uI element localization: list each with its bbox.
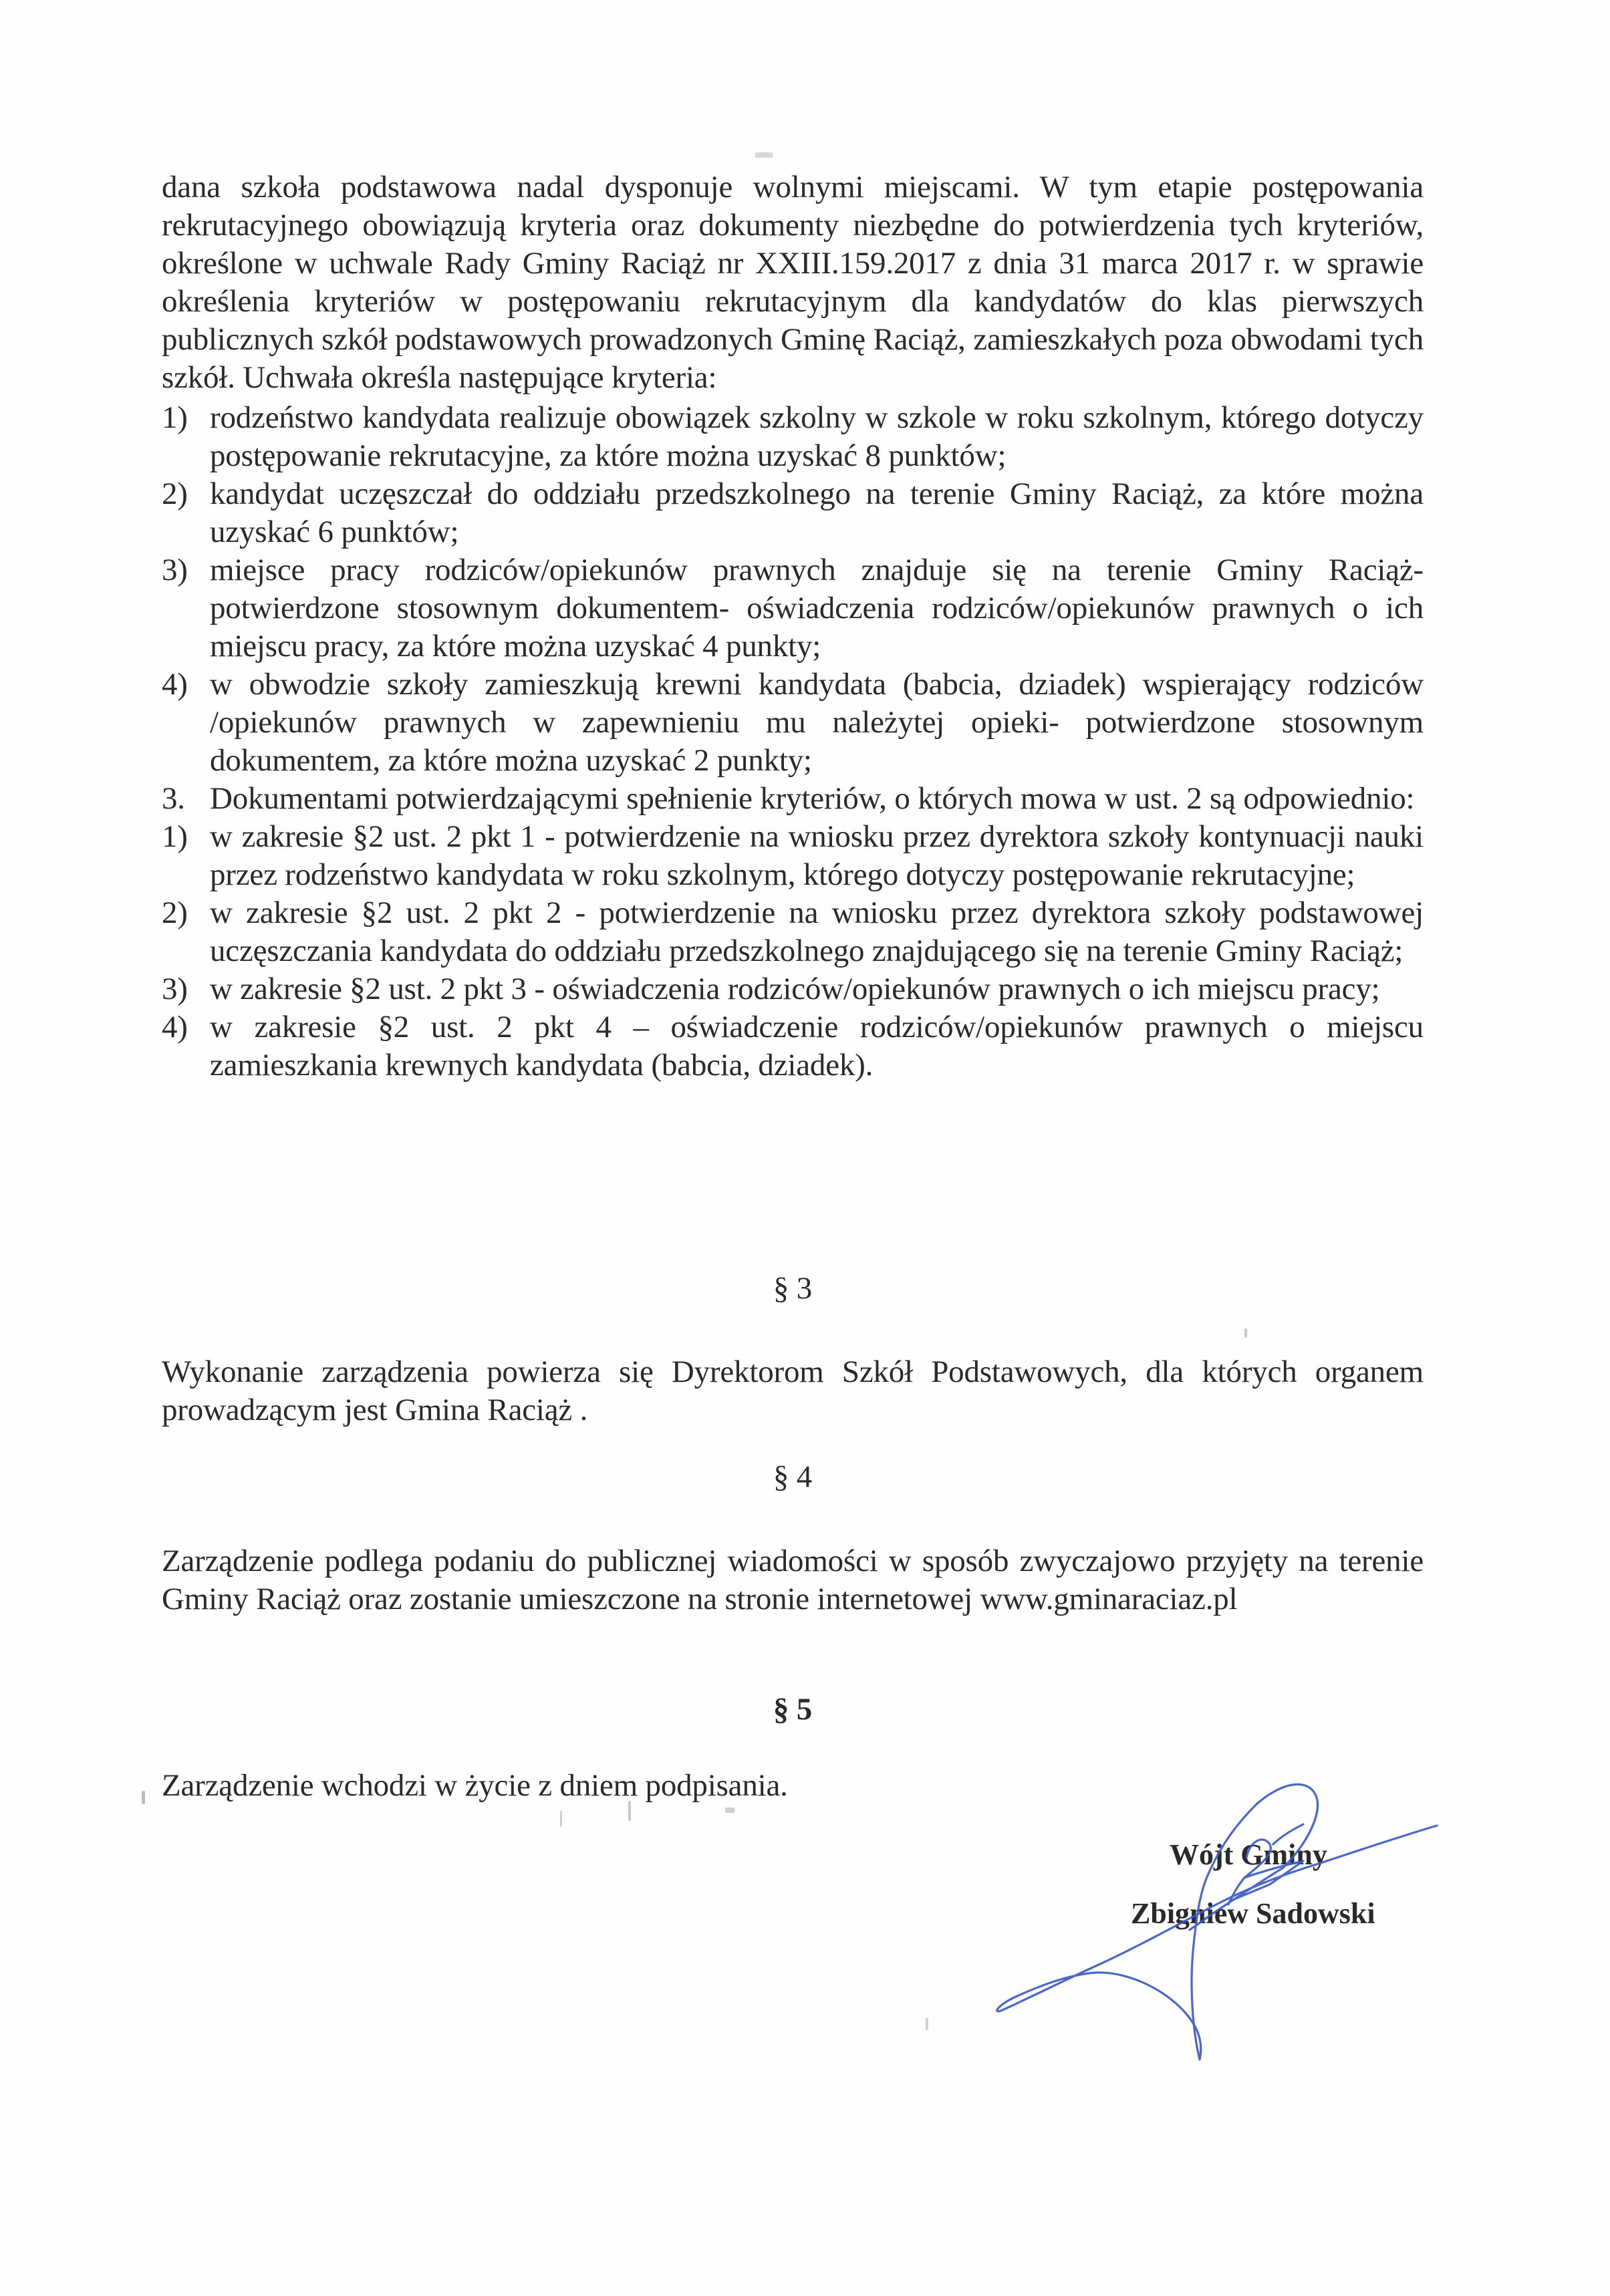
document-item: 2) w zakresie §2 ust. 2 pkt 2 - potwierd… [162,894,1424,970]
document-number: 3) [162,970,188,1008]
intro-paragraph: dana szkoła podstawowa nadal dysponuje w… [162,168,1424,397]
criterion-item: 4) w obwodzie szkoły zamieszkują krewni … [162,666,1424,780]
criterion-number: 2) [162,475,188,513]
section-text: Zarządzenie podlega podaniu do publiczne… [162,1542,1424,1618]
section-mark: § 3 [162,1270,1424,1308]
document-text: w zakresie §2 ust. 2 pkt 4 – oświadczeni… [210,1010,1424,1083]
section-mark: § 5 [162,1691,1424,1729]
document-page: dana szkoła podstawowa nadal dysponuje w… [0,0,1610,2296]
section-5: § 5 Zarządzenie wchodzi w życie z dniem … [162,1691,1424,1811]
intro-block: dana szkoła podstawowa nadal dysponuje w… [162,168,1424,397]
criteria-list: 1) rodzeństwo kandydata realizuje obowią… [162,399,1424,1085]
section-text: Zarządzenie wchodzi w życie z dniem podp… [162,1767,1424,1805]
section-text: Wykonanie zarządzenia powierza się Dyrek… [162,1353,1424,1429]
criterion-number: 1) [162,399,188,437]
scan-artifact [560,1811,562,1827]
document-item: 1) w zakresie §2 ust. 2 pkt 1 - potwierd… [162,818,1424,894]
document-number: 4) [162,1008,188,1046]
criterion-text: rodzeństwo kandydata realizuje obowiązek… [210,400,1424,473]
point-text: Dokumentami potwierdzającymi spełnienie … [210,781,1414,816]
scan-artifact [755,152,773,158]
section-4: § 4 Zarządzenie podlega podaniu do publi… [162,1458,1424,1659]
document-number: 1) [162,818,188,856]
scan-artifact [926,2018,928,2030]
criterion-number: 3) [162,551,188,589]
point-number: 3. [162,780,185,818]
signatory-name: Zbigniew Sadowski [1131,1896,1375,1930]
criterion-text: kandydat uczęszczał do oddziału przedszk… [210,476,1424,549]
document-item: 4) w zakresie §2 ust. 2 pkt 4 – oświadcz… [162,1008,1424,1085]
section-3: § 3 Wykonanie zarządzenia powierza się D… [162,1270,1424,1403]
criterion-item: 1) rodzeństwo kandydata realizuje obowią… [162,399,1424,475]
document-number: 2) [162,894,188,932]
criterion-item: 3) miejsce pracy rodziców/opiekunów praw… [162,551,1424,666]
section-mark: § 4 [162,1458,1424,1496]
scan-artifact [142,1791,145,1804]
criterion-number: 4) [162,666,188,704]
document-text: w zakresie §2 ust. 2 pkt 2 - potwierdzen… [210,895,1424,968]
document-text: w zakresie §2 ust. 2 pkt 3 - oświadczeni… [210,972,1380,1006]
criterion-text: w obwodzie szkoły zamieszkują krewni kan… [210,667,1424,778]
document-text: w zakresie §2 ust. 2 pkt 1 - potwierdzen… [210,819,1424,892]
criterion-item: 2) kandydat uczęszczał do oddziału przed… [162,475,1424,551]
signatory-title: Wójt Gminy [1170,1838,1327,1872]
document-item: 3) w zakresie §2 ust. 2 pkt 3 - oświadcz… [162,970,1424,1008]
point-3: 3. Dokumentami potwierdzającymi spełnien… [162,780,1424,818]
criterion-text: miejsce pracy rodziców/opiekunów prawnyc… [210,553,1424,664]
